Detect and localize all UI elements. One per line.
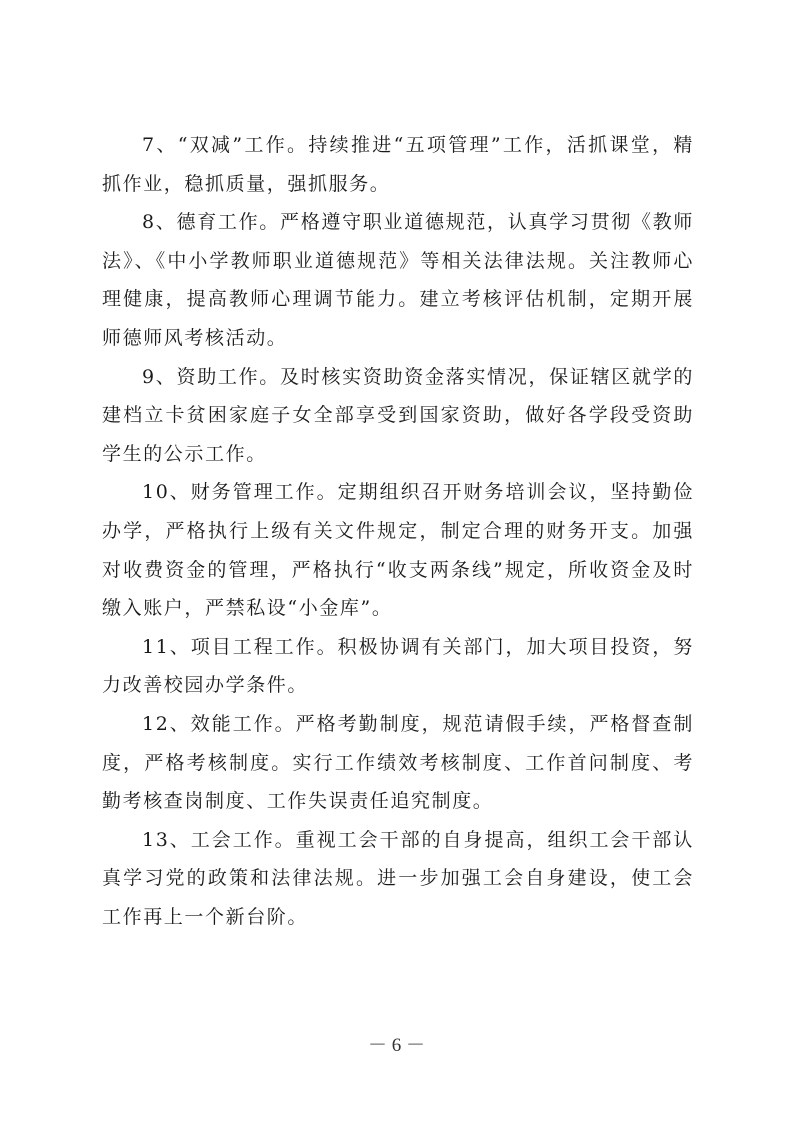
- paragraph-xiaoneng: 12、效能工作。严格考勤制度，规范请假手续，严格督查制度，严格考核制度。实行工作…: [102, 705, 694, 821]
- paragraph-caiwu: 10、财务管理工作。定期组织召开财务培训会议，坚持勤俭办学，严格执行上级有关文件…: [102, 473, 694, 627]
- paragraph-zizhu: 9、资助工作。及时核实资助资金落实情况，保证辖区就学的建档立卡贫困家庭子女全部享…: [102, 358, 694, 474]
- paragraph-gonghui: 13、工会工作。重视工会干部的自身提高，组织工会干部认真学习党的政策和法律法规。…: [102, 821, 694, 937]
- paragraph-shuangjian: 7、“双减”工作。持续推进“五项管理”工作，活抓课堂，精抓作业，稳抓质量，强抓服…: [102, 126, 694, 203]
- paragraph-xiangmu: 11、项目工程工作。积极协调有关部门，加大项目投资，努力改善校园办学条件。: [102, 628, 694, 705]
- document-body: 7、“双减”工作。持续推进“五项管理”工作，活抓课堂，精抓作业，稳抓质量，强抓服…: [102, 126, 694, 936]
- page-number: － 6 －: [0, 1030, 793, 1057]
- paragraph-deyu: 8、德育工作。严格遵守职业道德规范，认真学习贯彻《教师法》、《中小学教师职业道德…: [102, 203, 694, 357]
